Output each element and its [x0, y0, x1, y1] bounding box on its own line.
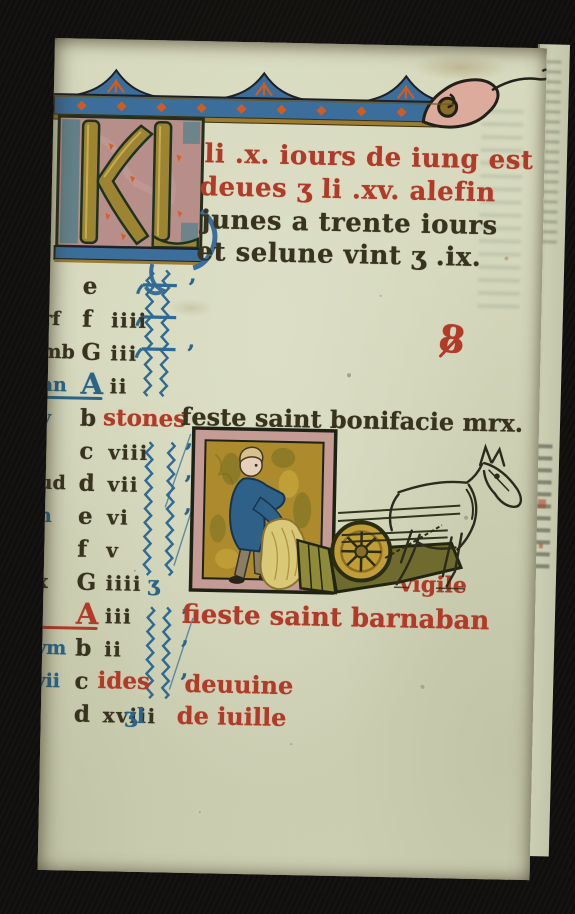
gutter-fragment: vii — [38, 670, 61, 693]
roman-numeral: ii — [109, 374, 128, 398]
gutter-fragment: an — [41, 373, 68, 396]
roman-numeral: iii — [110, 341, 138, 366]
pen-flourish — [492, 69, 547, 92]
dominical-letter: e — [83, 273, 98, 300]
kl-abbreviation-mark: ʒl — [125, 702, 145, 727]
dominical-letter: b — [80, 404, 97, 431]
blue-tick-mark: ’ — [186, 339, 195, 368]
kl-abbreviation-mark: ʒ — [147, 571, 159, 596]
roman-numeral: viii — [108, 440, 149, 465]
manuscript-page: KL li .x. iours de iung est deues ʒ li .… — [38, 38, 547, 880]
teal-panel-left — [60, 119, 81, 243]
dominical-letter: A — [80, 366, 103, 400]
roman-numeral: v — [106, 538, 120, 562]
blue-tick-mark: ’ — [180, 635, 189, 664]
roman-numeral: ii — [104, 637, 123, 661]
dominical-letter: d — [78, 470, 95, 497]
gutter-fragment: vm — [38, 637, 67, 660]
pink-curl-banner — [423, 67, 547, 129]
parchment-specks — [55, 38, 57, 40]
header-line-4: et selune vint ʒ .ix. — [196, 237, 481, 273]
red-paraph-mark: 8 — [436, 315, 469, 363]
dominical-letter: f — [77, 536, 87, 563]
entry-deuuine: deuuine — [184, 669, 293, 700]
dominical-letter: c — [79, 437, 94, 464]
dominical-letter: f — [82, 306, 92, 333]
roman-numeral: iiii — [105, 571, 142, 596]
photo-background: KL li .x. iours de iung est deues ʒ li .… — [0, 0, 575, 914]
calendar-label: ides — [97, 667, 150, 695]
calendar-rows: e ’ rf f iiii mb G iii ’ an A ii v b sto… — [55, 38, 547, 48]
dominical-letter: G — [76, 569, 96, 596]
dominical-letter: e — [78, 503, 93, 530]
initial-flourish-tail — [38, 626, 98, 630]
gutter-fragment: ud — [38, 472, 66, 495]
header-line-1: li .x. iours de iung est — [204, 139, 533, 176]
initial-flourish-tail — [40, 395, 102, 399]
roman-numeral: vii — [107, 473, 139, 498]
gutter-fragment: x — [38, 571, 49, 593]
june-haycart-miniature — [188, 426, 547, 613]
roman-numeral: vi — [107, 505, 130, 529]
teal-corner — [183, 122, 200, 144]
gutter-fragment: rf — [42, 308, 61, 330]
calendar-label: stones — [103, 404, 187, 433]
gutter-fragment: v — [40, 406, 52, 428]
dominical-letter: d — [74, 700, 91, 727]
red-ink-showthrough — [538, 499, 546, 508]
dominical-letter: b — [75, 634, 92, 661]
header-line-3: junes a trente iours — [201, 205, 498, 241]
entry-de-iuille: de iuille — [177, 701, 287, 732]
header-line-2: deues ʒ li .xv. alefin — [200, 172, 496, 208]
gutter-fragment: mb — [41, 341, 75, 364]
dominical-letter: G — [81, 338, 101, 365]
gutter-fragment: n — [38, 505, 52, 527]
blue-tick-mark: ’ — [188, 273, 197, 302]
dominical-letter: c — [74, 667, 89, 694]
roman-numeral: iiii — [111, 308, 148, 333]
roman-numeral: iii — [105, 604, 133, 629]
